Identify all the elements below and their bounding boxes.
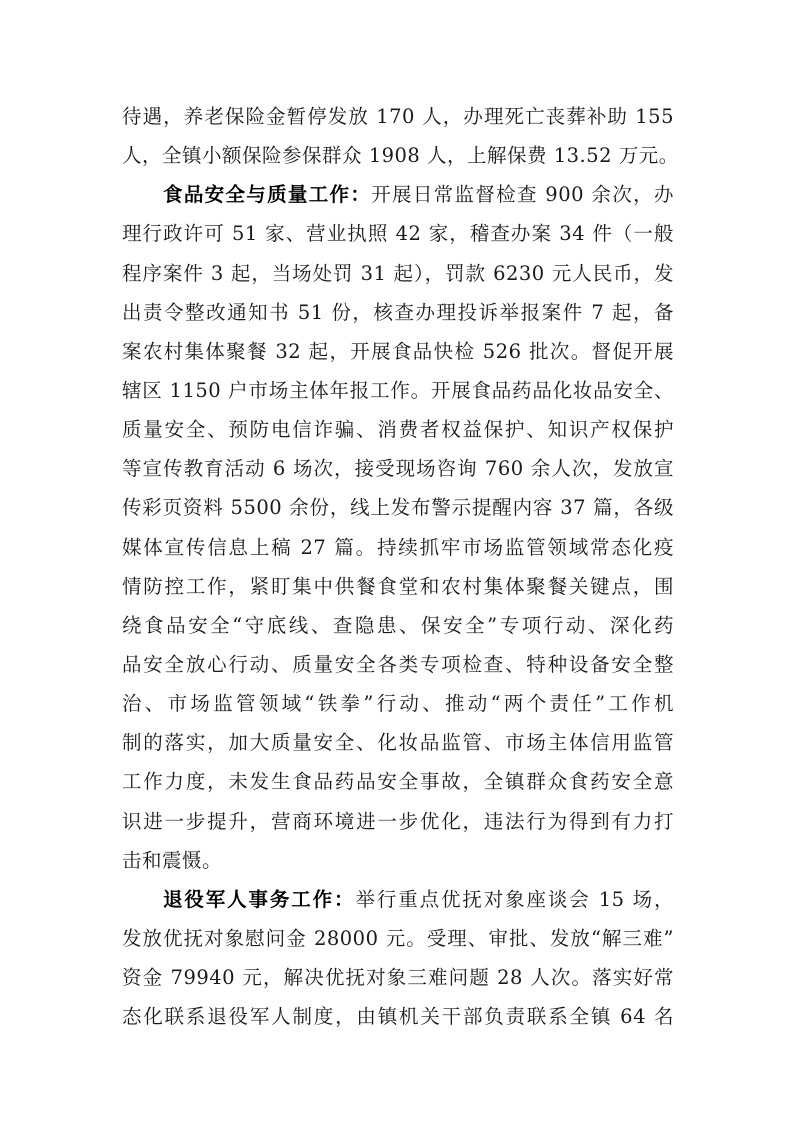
text-line: 程序案件 3 起，当场处罚 31 起），罚款 6230 元人民币，发 — [122, 254, 674, 293]
text-line: 理行政许可 51 家、营业执照 42 家，稽查办案 34 件（一般 — [122, 214, 674, 253]
text-line: 人，全镇小额保险参保群众 1908 人，上解保费 13.52 万元。 — [122, 136, 674, 175]
text-line: 情防控工作，紧盯集中供餐食堂和农村集体聚餐关键点，围 — [122, 567, 674, 606]
text-line: 击和震慑。 — [122, 841, 674, 880]
text-line: 媒体宣传信息上稿 27 篇。持续抓牢市场监管领域常态化疫 — [122, 528, 674, 567]
text-line: 待遇，养老保险金暂停发放 170 人，办理死亡丧葬补助 155 — [122, 97, 674, 136]
text-line: 治、市场监管领域“铁拳”行动、推动“两个责任”工作机 — [122, 684, 674, 723]
text-line: 识进一步提升，营商环境进一步优化，违法行为得到有力打 — [122, 802, 674, 841]
text-line: 态化联系退役军人制度，由镇机关干部负责联系全镇 64 名 — [122, 997, 674, 1036]
text-line: 退役军人事务工作：举行重点优抚对象座谈会 15 场， — [122, 880, 674, 919]
text-run: 开展日常监督检查 900 余次，办 — [371, 183, 674, 206]
text-line: 辖区 1150 户市场主体年报工作。开展食品药品化妆品安全、 — [122, 371, 674, 410]
section-heading-food-safety: 食品安全与质量工作： — [163, 183, 371, 206]
text-line: 绕食品安全“守底线、查隐患、保安全”专项行动、深化药 — [122, 606, 674, 645]
text-line: 等宣传教育活动 6 场次，接受现场咨询 760 余人次，发放宣 — [122, 449, 674, 488]
text-run: 举行重点优抚对象座谈会 15 场， — [355, 888, 674, 911]
text-line: 出责令整改通知书 51 份，核查办理投诉举报案件 7 起，备 — [122, 293, 674, 332]
text-line: 品安全放心行动、质量安全各类专项检查、特种设备安全整 — [122, 645, 674, 684]
text-line: 质量安全、预防电信诈骗、消费者权益保护、知识产权保护 — [122, 410, 674, 449]
text-line: 发放优抚对象慰问金 28000 元。受理、审批、发放“解三难” — [122, 919, 674, 958]
text-line: 制的落实，加大质量安全、化妆品监管、市场主体信用监管 — [122, 723, 674, 762]
section-heading-veterans-affairs: 退役军人事务工作： — [163, 888, 355, 911]
text-line: 资金 79940 元，解决优抚对象三难问题 28 人次。落实好常 — [122, 958, 674, 997]
text-line: 案农村集体聚餐 32 起，开展食品快检 526 批次。督促开展 — [122, 332, 674, 371]
text-line: 食品安全与质量工作：开展日常监督检查 900 余次，办 — [122, 175, 674, 214]
document-page: 待遇，养老保险金暂停发放 170 人，办理死亡丧葬补助 155 人，全镇小额保险… — [122, 97, 674, 1036]
paragraph-veterans-affairs: 退役军人事务工作：举行重点优抚对象座谈会 15 场， 发放优抚对象慰问金 280… — [122, 880, 674, 1037]
paragraph-pension-continued: 待遇，养老保险金暂停发放 170 人，办理死亡丧葬补助 155 人，全镇小额保险… — [122, 97, 674, 175]
text-line: 工作力度，未发生食品药品安全事故，全镇群众食药安全意 — [122, 762, 674, 801]
paragraph-food-safety: 食品安全与质量工作：开展日常监督检查 900 余次，办 理行政许可 51 家、营… — [122, 175, 674, 880]
text-line: 传彩页资料 5500 余份，线上发布警示提醒内容 37 篇，各级 — [122, 488, 674, 527]
